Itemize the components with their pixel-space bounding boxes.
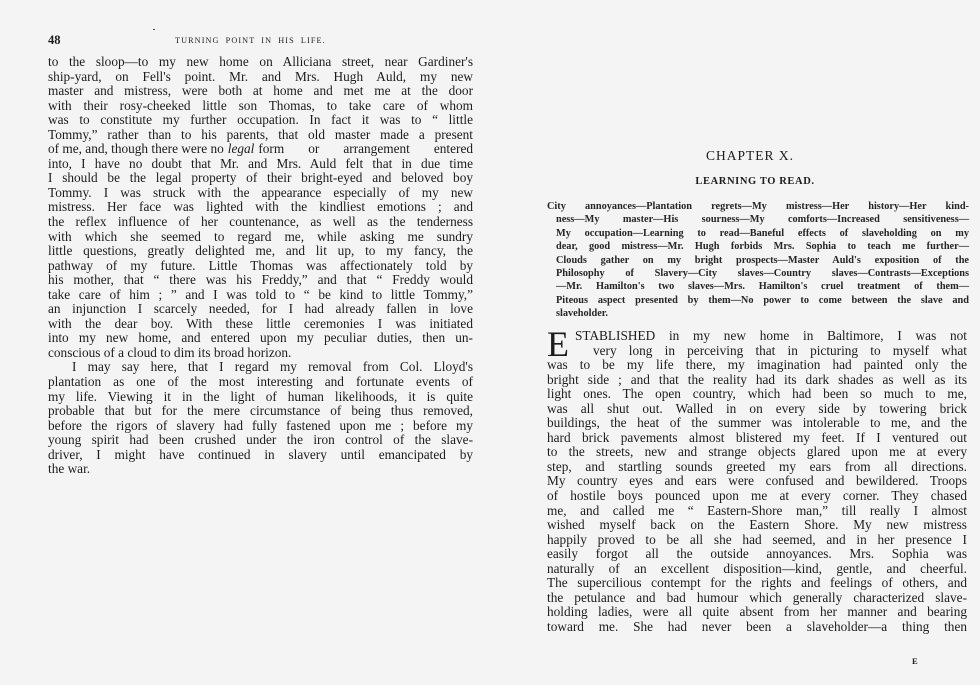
text-line: was to be my life there, my imagination … <box>547 358 967 373</box>
text-line: into my new home, and entered upon my pe… <box>48 331 473 346</box>
text-line: hard brick pavements almost blistered my… <box>547 431 967 446</box>
text-line: the petulance and bad humour which gener… <box>547 591 967 606</box>
text-line: plantation as one of the most interestin… <box>48 375 473 390</box>
text-line: was all shut out. Walled in on every sid… <box>547 402 967 417</box>
summary-line: City annoyances—Plantation regrets—My mi… <box>547 200 969 213</box>
opening-lines: E STABLISHED in my new home in Baltimore… <box>547 329 967 358</box>
text-line: take care of him ; ” and I was told to “… <box>48 288 473 303</box>
chapter-summary: City annoyances—Plantation regrets—My mi… <box>547 200 969 321</box>
text-line: wished myself back on the Eastern Shore.… <box>547 518 967 533</box>
text-line: with the dear boy. With these little cer… <box>48 317 473 332</box>
chapter-title: CHAPTER X. <box>680 148 820 164</box>
text-line: to the streets, new and strange objects … <box>547 445 967 460</box>
text-line: Tommy,” rather than to his parents, that… <box>48 128 473 143</box>
text-segment: of me, and, though there were no <box>48 142 224 157</box>
text-line: step, and startling sounds greeted my ea… <box>547 460 967 475</box>
running-head: TURNING POINT IN HIS LIFE. <box>175 36 326 45</box>
text-line: young spirit had been crushed under the … <box>48 433 473 448</box>
summary-line: Piteous aspect presented by them—No powe… <box>547 294 969 307</box>
text-line: I should be the legal property of their … <box>48 171 473 186</box>
summary-line: My occupation—Learning to read—Baneful e… <box>547 227 969 240</box>
text-line: happily proved to be all she had seemed,… <box>547 533 967 548</box>
text-line: the reflex influence of her countenance,… <box>48 215 473 230</box>
body-text: to the sloop—to my new home on Alliciana… <box>48 55 473 477</box>
chapter-subtitle: LEARNING TO READ. <box>670 176 840 187</box>
summary-line: Philosophy of Slavery—City slaves—Countr… <box>547 267 969 280</box>
text-line: with which she seemed to regard me, whil… <box>48 230 473 245</box>
text-line: into, I have no doubt that Mr. and Mrs. … <box>48 157 473 172</box>
text-line: conscious of a cloud to dim its broad ho… <box>48 346 473 361</box>
summary-line: —Mr. Hamilton's two slaves—Mrs. Hamilton… <box>547 280 969 293</box>
text-line: little questions, greatly delighted me, … <box>48 244 473 259</box>
book-spread: 48 TURNING POINT IN HIS LIFE. to the slo… <box>0 0 980 685</box>
text-line: the war. <box>48 462 473 477</box>
text-line: mistress. Her face was lighted with the … <box>48 200 473 215</box>
body-text: E STABLISHED in my new home in Baltimore… <box>547 329 967 634</box>
text-line: The supercilious contempt for the rights… <box>547 576 967 591</box>
text-line: his mother, that “ there was his Freddy,… <box>48 273 473 288</box>
text-line: ship-yard, on Fell's point. Mr. and Mrs.… <box>48 70 473 85</box>
text-line: My country eyes and ears were confused a… <box>547 474 967 489</box>
text-line: my life. Viewing it in the light of huma… <box>48 390 473 405</box>
summary-line: Clouds gather on my bright prospects—Mas… <box>547 254 969 267</box>
text-line: easily forgot all the outside annoyances… <box>547 547 967 562</box>
text-line: bright side ; and that the reality had i… <box>547 373 967 388</box>
summary-line: slaveholder. <box>547 307 969 320</box>
text-line: very long in perceiving that in picturin… <box>547 344 967 359</box>
text-line: driver, I might have continued in slaver… <box>48 448 473 463</box>
text-line: was to constitute my further occupation.… <box>48 113 473 128</box>
text-line: to the sloop—to my new home on Alliciana… <box>48 55 473 70</box>
italic-word: legal <box>224 142 259 157</box>
print-speck <box>153 29 155 30</box>
summary-line: dear, good mistress—Mr. Hugh forbids Mrs… <box>547 240 969 253</box>
text-line: of hostile boys pounced upon me at every… <box>547 489 967 504</box>
text-line: probable that but for the mere circumsta… <box>48 404 473 419</box>
signature-mark: E <box>912 656 918 666</box>
text-line: STABLISHED in my new home in Baltimore, … <box>547 329 967 344</box>
left-page: 48 TURNING POINT IN HIS LIFE. to the slo… <box>0 0 490 685</box>
text-line: buildings, the heat of the summer was in… <box>547 416 967 431</box>
text-line-with-italic: of me, and, though there were nolegalfor… <box>48 142 473 157</box>
text-line: master and mistress, were both at home a… <box>48 84 473 99</box>
drop-cap: E <box>547 330 573 359</box>
text-line: toward me. She had never been a slavehol… <box>547 620 967 635</box>
text-line: light ones. The open country, which had … <box>547 387 967 402</box>
paragraph-start-line: I may say here, that I regard my removal… <box>48 360 473 375</box>
page-number: 48 <box>48 33 61 48</box>
right-page: CHAPTER X. LEARNING TO READ. City annoya… <box>490 0 980 685</box>
text-line: pathway of my future. Little Thomas was … <box>48 259 473 274</box>
text-line: naturally of an excellent disposition—ki… <box>547 562 967 577</box>
text-line: holding ladies, were all quite absent fr… <box>547 605 967 620</box>
summary-line: ness—My master—His sourness—My comforts—… <box>547 213 969 226</box>
text-line: with their rosy-cheeked little son Thoma… <box>48 99 473 114</box>
text-line: Tommy. I was struck with the appearance … <box>48 186 473 201</box>
text-line: before the rigors of slavery had fully f… <box>48 419 473 434</box>
text-line: an injunction I scarcely needed, for I h… <box>48 302 473 317</box>
text-line: me, and called me “ Eastern-Shore man,” … <box>547 504 967 519</box>
text-segment: form or arrangement entered <box>258 142 473 157</box>
